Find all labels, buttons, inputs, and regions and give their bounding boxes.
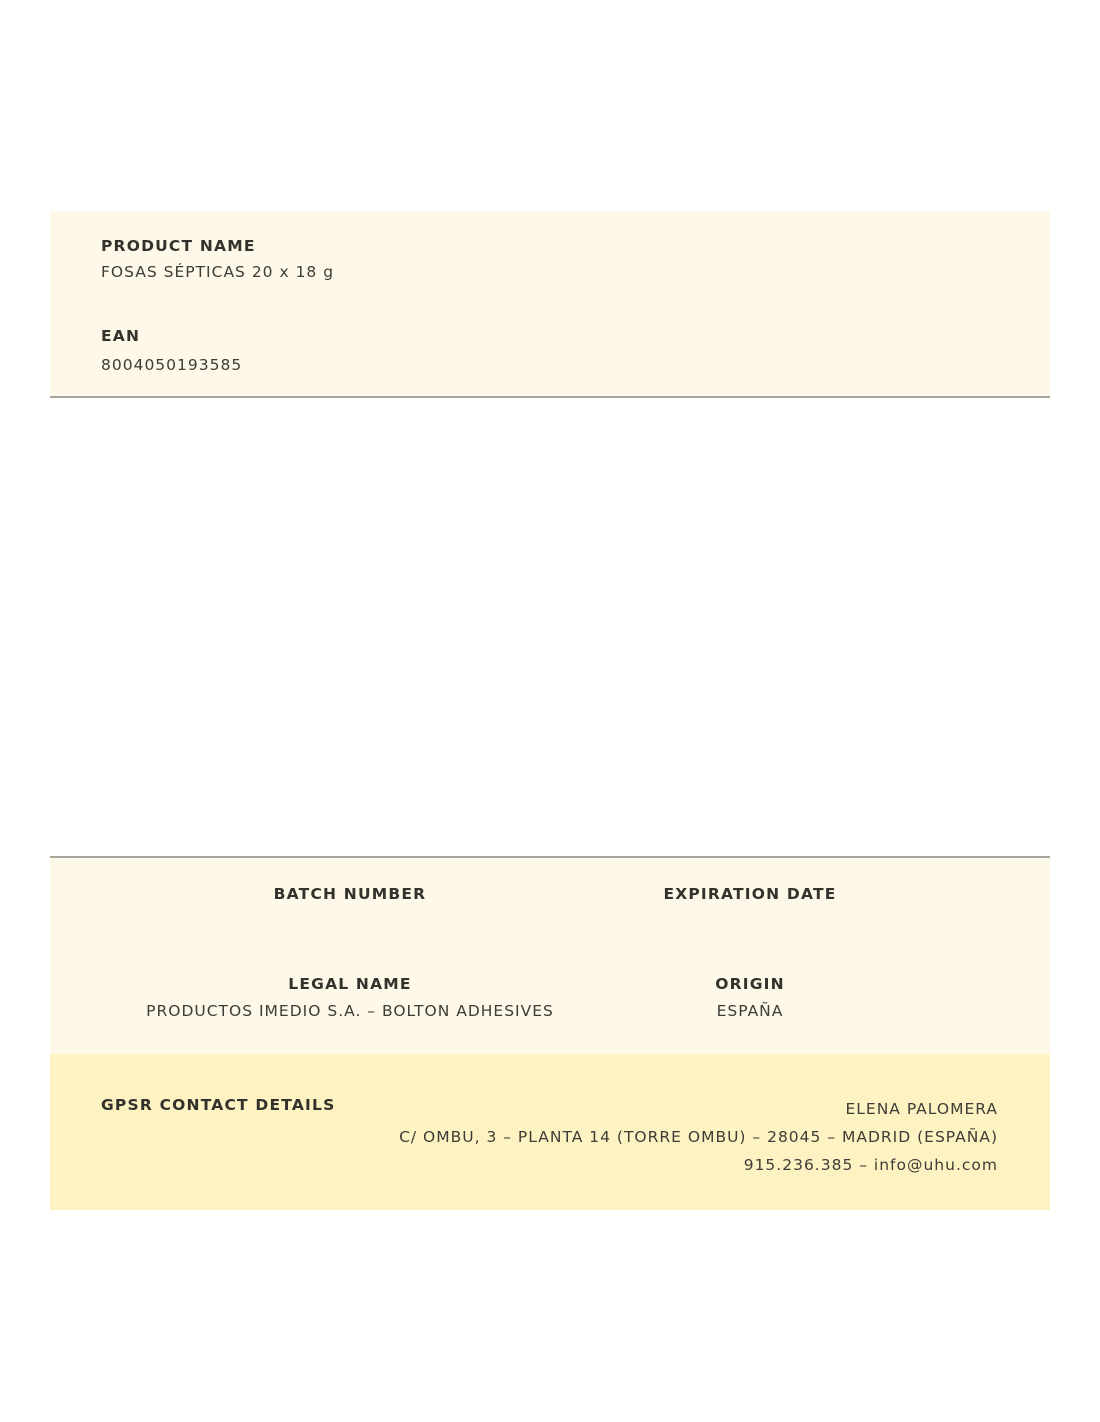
- ean-label: EAN: [101, 327, 140, 345]
- product-info-section: PRODUCT NAME FOSAS SÉPTICAS 20 x 18 g EA…: [50, 211, 1050, 398]
- batch-details-section: BATCH NUMBER EXPIRATION DATE LEGAL NAME …: [50, 856, 1050, 1056]
- ean-value: 8004050193585: [101, 356, 242, 374]
- product-name-label: PRODUCT NAME: [101, 237, 256, 255]
- gpsr-contact-section: GPSR CONTACT DETAILS ELENA PALOMERA C/ O…: [50, 1054, 1050, 1210]
- gpsr-contact-label: GPSR CONTACT DETAILS: [101, 1096, 335, 1114]
- origin-value: ESPAÑA: [550, 1002, 950, 1020]
- origin-label: ORIGIN: [550, 975, 950, 993]
- contact-address: C/ OMBU, 3 – PLANTA 14 (TORRE OMBU) – 28…: [399, 1123, 998, 1151]
- contact-name: ELENA PALOMERA: [399, 1095, 998, 1123]
- expiration-date-field: EXPIRATION DATE: [550, 885, 950, 912]
- contact-details: ELENA PALOMERA C/ OMBU, 3 – PLANTA 14 (T…: [399, 1095, 998, 1179]
- expiration-date-label: EXPIRATION DATE: [550, 885, 950, 903]
- contact-phone-email: 915.236.385 – info@uhu.com: [399, 1151, 998, 1179]
- product-name-value: FOSAS SÉPTICAS 20 x 18 g: [101, 263, 334, 281]
- origin-field: ORIGIN ESPAÑA: [550, 975, 950, 1020]
